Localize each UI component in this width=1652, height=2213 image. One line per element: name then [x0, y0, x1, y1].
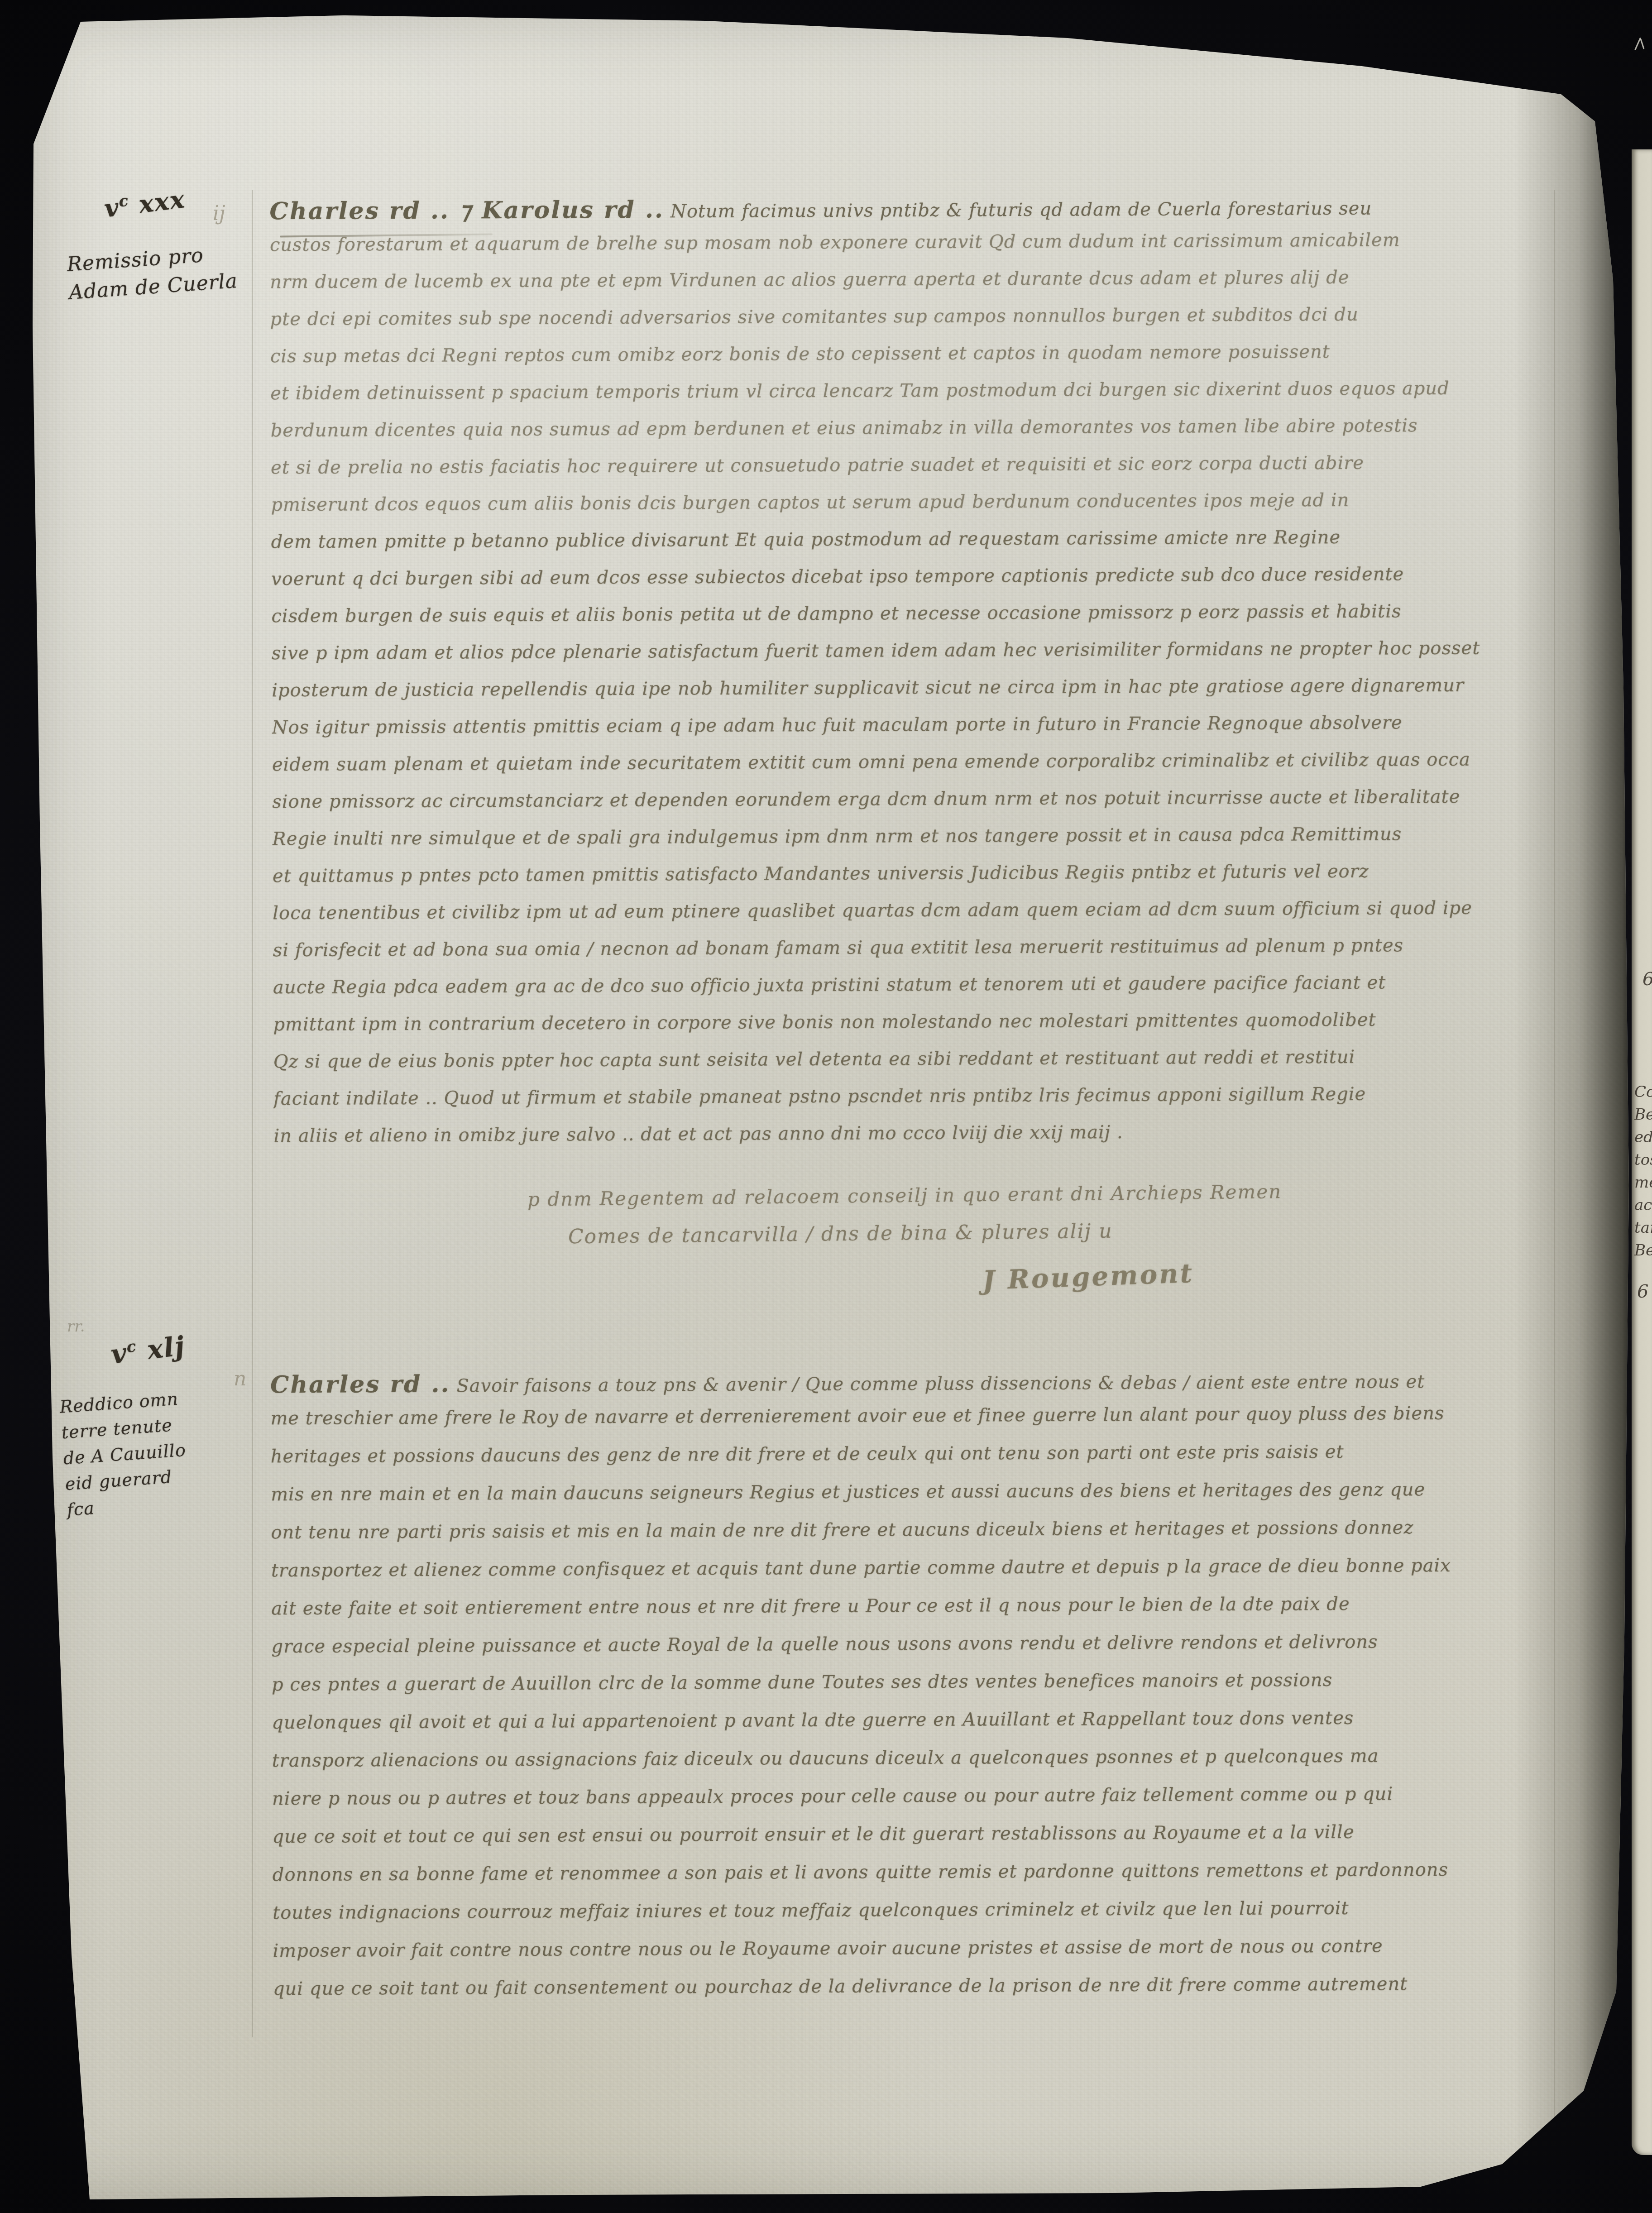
- entry2-number-rest: xlj: [145, 1330, 187, 1365]
- text-line: pmittant ipm in contrarium decetero in c…: [273, 1009, 1564, 1051]
- entry2-number-superscript: c: [125, 1337, 138, 1356]
- text-line: Qz si que de eius bonis ppter hoc capta …: [273, 1046, 1565, 1088]
- text-line: sive p ipm adam et alios pdce plenarie s…: [272, 637, 1563, 680]
- text-line: in aliis et alieno in omibz jure salvo .…: [273, 1120, 1565, 1163]
- entry2-margin-note: Reddico omnterre tenutede A Cauuilloeid …: [59, 1389, 191, 1526]
- text-line: iposterum de justicia repellendis quia i…: [272, 675, 1563, 717]
- subscription-line-1: p dnm Regentem ad relacoem conseilj in q…: [527, 1180, 1282, 1210]
- text-line: donnons en sa bonne fame et renommee a s…: [273, 1859, 1564, 1902]
- text-line: p ces pntes a guerart de Auuillon clrc d…: [272, 1669, 1563, 1712]
- text-line: cis sup metas dci Regni reptos cum omibz…: [270, 340, 1561, 383]
- text-line: niere p nous ou p autres et touz bans ap…: [272, 1783, 1563, 1826]
- fragment-line: Bevi: [1634, 1241, 1652, 1264]
- entry1-first-line-rest: Notum facimus univs pntibz & futuris qd …: [664, 198, 1372, 222]
- fragment-line: acob: [1634, 1196, 1652, 1219]
- entry2-first-line-rest: Savoir faisons a touz pns & avenir / Que…: [450, 1371, 1425, 1396]
- fragment-line: Beti: [1634, 1106, 1652, 1128]
- fragment-line: tos: [1634, 1151, 1652, 1174]
- page-gutter-shadow: [1514, 8, 1632, 2201]
- entry1-paraph-mark: ij: [213, 202, 225, 225]
- text-line: me treschier ame frere le Roy de navarre…: [270, 1403, 1561, 1446]
- facing-page-sliver: 6 ConfBetieditetosmeracobtamBevi 6: [1632, 149, 1652, 2155]
- entry1-text-block: Charles rd .. ⁊ Karolus rd .. Notum faci…: [269, 192, 1565, 1163]
- entry2-lines: me treschier ame frere le Roy de navarre…: [270, 1403, 1564, 2017]
- text-line: nrm ducem de lucemb ex una pte et epm Vi…: [270, 266, 1561, 309]
- text-line: si forisfecit et ad bona sua omia / necn…: [273, 934, 1564, 977]
- text-line: aucte Regia pdca eadem gra ac de dco suo…: [273, 972, 1564, 1014]
- chancery-signature: J Rougemont: [982, 1258, 1194, 1296]
- text-line: ait este faite et soit entierement entre…: [271, 1593, 1562, 1636]
- text-line: imposer avoir fait contre nous contre no…: [273, 1935, 1564, 1978]
- text-line: dem tamen pmitte p betanno publice divis…: [271, 526, 1562, 569]
- text-line: voerunt q dci burgen sibi ad eum dcos es…: [271, 563, 1562, 606]
- subscription-line-2: Comes de tancarvilla / dns de bina & plu…: [568, 1220, 1113, 1249]
- entry1-first-line: Charles rd .. ⁊ Karolus rd .. Notum faci…: [269, 192, 1561, 235]
- text-line: et si de prelia no estis faciatis hoc re…: [271, 452, 1562, 494]
- facing-page-fragments: ConfBetieditetosmeracobtamBevi: [1634, 1083, 1652, 1264]
- fragment-line: edite: [1634, 1128, 1652, 1151]
- text-line: transporz alienacions ou assignacions fa…: [272, 1745, 1563, 1788]
- text-line: pmiserunt dcos equos cum aliis bonis dci…: [271, 489, 1562, 532]
- left-margin-ruling-line: [252, 190, 253, 2037]
- text-line: cisdem burgen de suis equis et aliis bon…: [271, 600, 1562, 643]
- entry1-number-rest: xxx: [137, 184, 187, 219]
- fragment-line: Conf: [1634, 1083, 1652, 1106]
- fragment-line: tam: [1634, 1219, 1652, 1241]
- stray-margin-mark: rr.: [67, 1317, 85, 1336]
- text-line: quelonques qil avoit et qui a lui appart…: [272, 1707, 1563, 1750]
- entry2-first-line: Charles rd .. Savoir faisons a touz pns …: [270, 1365, 1561, 1408]
- text-line: transportez et alienez comme confisquez …: [271, 1555, 1562, 1598]
- text-line: faciant indilate .. Quod ut firmum et st…: [273, 1083, 1565, 1126]
- entry2-paraph-mark: n: [234, 1367, 246, 1390]
- text-line: Regie inulti nre simulque et de spali gr…: [272, 823, 1563, 866]
- text-line: grace especial pleine puissance et aucte…: [271, 1631, 1562, 1674]
- text-line: Nos igitur pmissis attentis pmittis ecia…: [272, 712, 1563, 754]
- entry1-number: vc xxx: [103, 184, 187, 223]
- text-line: berdunum dicentes quia nos sumus ad epm …: [271, 415, 1562, 457]
- manuscript-page: vc xxx Remissio proAdam de Cuerla ij Cha…: [26, 8, 1632, 2201]
- photo-background: vc xxx Remissio proAdam de Cuerla ij Cha…: [0, 0, 1652, 2213]
- entry2-opening-words: Charles rd ..: [270, 1370, 450, 1399]
- text-line: qui que ce soit tant ou fait consentemen…: [273, 1973, 1564, 2017]
- entry1-lines: custos forestarum et aquarum de brelhe s…: [270, 229, 1565, 1163]
- binding-thread: [1633, 37, 1649, 53]
- text-line: sione pmissorz ac circumstanciarz et dep…: [272, 786, 1563, 829]
- entry1-number-superscript: c: [118, 192, 130, 211]
- text-line: ont tenu nre parti pris saisis et mis en…: [271, 1517, 1562, 1560]
- entry2-number: vc xlj: [109, 1330, 187, 1370]
- text-line: mis en nre main et en la main daucuns se…: [271, 1479, 1562, 1522]
- text-line: heritages et possions daucuns des genz d…: [271, 1441, 1562, 1484]
- entry1-margin-note: Remissio proAdam de Cuerla: [66, 241, 239, 309]
- text-line: que ce soit et tout ce qui sen est ensui…: [272, 1821, 1563, 1864]
- facing-page-digit-top: 6: [1642, 969, 1652, 990]
- text-line: loca tenentibus et civilibz ipm ut ad eu…: [273, 897, 1564, 940]
- text-line: et ibidem detinuissent p spacium tempori…: [270, 378, 1561, 420]
- entry1-opening-words: Charles rd .. ⁊ Karolus rd ..: [269, 196, 664, 225]
- text-line: eidem suam plenam et quietam inde securi…: [272, 749, 1563, 791]
- fragment-line: mer: [1634, 1174, 1652, 1196]
- facing-page-digit-bottom: 6: [1637, 1281, 1648, 1302]
- text-line: toutes indignacions courrouz meffaiz ini…: [273, 1897, 1564, 1940]
- text-line: pte dci epi comites sub spe nocendi adve…: [270, 303, 1561, 346]
- text-line: et quittamus p pntes pcto tamen pmittis …: [273, 860, 1564, 903]
- entry2-text-block: Charles rd .. Savoir faisons a touz pns …: [270, 1365, 1564, 2017]
